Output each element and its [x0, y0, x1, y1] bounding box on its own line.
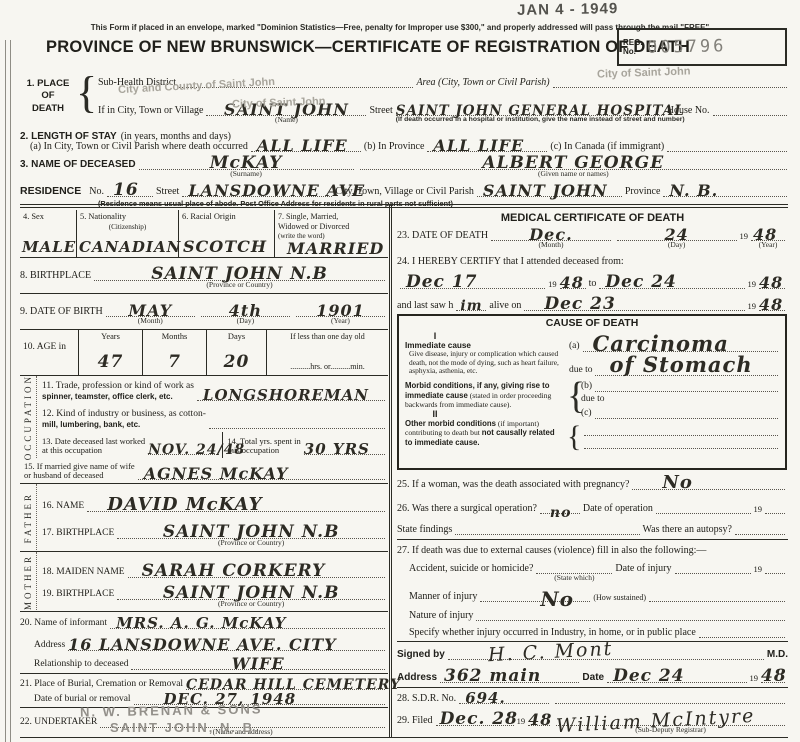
binding-edge	[5, 40, 11, 742]
death-year-19: 19	[740, 232, 749, 241]
informant-relationship-label: Relationship to deceased	[34, 660, 128, 670]
cod-a-value: Carcinoma	[593, 333, 729, 354]
place-of-death-label: 1. PLACEOFDEATH	[20, 78, 76, 115]
date-injury-label: Date of injury	[615, 564, 671, 575]
received-date-stamp: JAN 4 - 1949	[517, 0, 619, 19]
name-of-deceased-label: 3. NAME OF DECEASED	[20, 160, 136, 171]
reg-label-1: REG.	[623, 38, 643, 47]
nationality-cell: 5. Nationality (Citizenship) CANADIAN	[76, 210, 178, 257]
industry-field	[209, 426, 385, 429]
attended-from-value: Dec 17	[406, 274, 478, 291]
to-year-field: 48	[759, 286, 785, 289]
cause-of-death-box: CAUSE OF DEATH I Immediate cause Give di…	[397, 314, 787, 470]
stay-a-value: ALL LIFE	[257, 138, 348, 154]
nationality-sublabel: (Citizenship)	[80, 223, 175, 232]
findings-label: State findings	[397, 525, 452, 536]
age-hrs-min-label: ..........hrs. or..........min.	[267, 362, 388, 372]
row-13-14: 13. Date deceased last workedat this occ…	[20, 432, 388, 458]
row-9: 9. DATE OF BIRTH MAY (Month) 4th (Day) 1…	[20, 294, 388, 330]
from-year-value: 48	[560, 275, 584, 291]
manner-value: No	[540, 589, 574, 609]
cod-a-due-field: of Stomach	[595, 373, 778, 376]
undertaker-stamp-line1: N. W. BRENAN & SONS	[80, 702, 263, 719]
how-sustained-sublabel: (How sustained)	[593, 594, 646, 602]
trade-value: LONGSHOREMAN	[203, 388, 369, 403]
date-injury-field	[675, 571, 751, 574]
undertaker-label: 22. UNDERTAKER	[20, 718, 97, 728]
residence-street-field: LANSDOWNE AVE	[182, 194, 332, 197]
registration-number-box: REG. No. 005796	[617, 28, 787, 66]
to-year-value: 48	[759, 275, 783, 291]
father-birthplace-value: SAINT JOHN N.B	[163, 524, 340, 541]
birthplace-label: 8. BIRTHPLACE	[20, 271, 91, 282]
other-morbid-bold: Other morbid conditions	[405, 419, 496, 428]
city-field: SAINT JOHN (Name)	[206, 113, 366, 116]
age-years-label: Years	[82, 332, 139, 343]
undertaker-stamp-line2: SAINT JOHN, N. B.	[110, 721, 260, 735]
residence-province-field: N. B.	[663, 194, 787, 197]
given-name-value: ALBERT GEORGE	[482, 155, 664, 172]
mother-maiden-value: SARAH CORKERY	[142, 563, 326, 580]
mother-birthplace-label: 19. BIRTHPLACE	[42, 590, 114, 600]
date-of-birth-label: 9. DATE OF BIRTH	[20, 307, 103, 318]
from-year-field: 48	[560, 286, 586, 289]
birthplace-value: SAINT JOHN N.B	[151, 266, 328, 283]
informant-label: 20. Name of informant	[20, 619, 107, 629]
if-city-label: If in City, Town or Village	[98, 106, 203, 117]
last-saw-date-value: Dec 23	[544, 296, 616, 313]
cod-a-label: (a)	[569, 342, 580, 352]
row-29: 29. Filed Dec. 28 19 48 William McIntyre…	[397, 708, 788, 738]
stay-a-field: ALL LIFE	[251, 149, 361, 152]
section-length-of-stay: 2. LENGTH OF STAY (in years, months and …	[20, 126, 790, 154]
marital-status-cell: 7. Single, Married, Widowed or Divorced …	[274, 210, 388, 257]
physician-signature: H. C. Mont	[487, 640, 613, 666]
nationality-label: 5. Nationality	[80, 212, 175, 223]
birth-year-value: 1901	[316, 303, 365, 319]
residence-parish-value: SAINT JOHN	[483, 183, 608, 199]
death-year-value: 48	[753, 227, 777, 243]
age-months-value: 7	[168, 354, 181, 371]
cod-c-field	[595, 416, 778, 419]
form-title: PROVINCE OF NEW BRUNSWICK—CERTIFICATE OF…	[46, 38, 690, 57]
last-saw-label-2: alive on	[489, 301, 521, 312]
mother-maiden-label: 18. MAIDEN NAME	[42, 568, 125, 578]
pregnancy-field: No	[632, 487, 785, 490]
cod-a-due-value: of Stomach	[609, 354, 752, 375]
nature-field	[476, 618, 785, 621]
residence-street-value: LANSDOWNE AVE	[188, 183, 365, 199]
house-no-field	[713, 113, 787, 116]
row-15: 15. If married give name of wifeor husba…	[20, 458, 388, 484]
spouse-label-2: or husband of deceased	[24, 471, 135, 480]
operation-field: no	[540, 511, 580, 514]
row-26: 26. Was there a surgical operation? no D…	[397, 494, 788, 518]
cause-of-death-notes: I Immediate cause Give disease, injury o…	[399, 331, 567, 451]
death-year-field: 48 (Year)	[751, 238, 785, 241]
date-of-death-label: 23. DATE OF DEATH	[397, 231, 488, 242]
age-less-label: If less than one day old	[270, 332, 385, 342]
row-23: 23. DATE OF DEATH Dec. (Month) 24 (Day) …	[397, 226, 788, 252]
informant-relationship-value: WIFE	[232, 656, 285, 672]
marital-value: MARRIED	[287, 241, 384, 257]
signed-19: 19	[750, 674, 759, 683]
mother-maiden-field: SARAH CORKERY	[128, 575, 385, 578]
age-years-value: 47	[98, 354, 124, 371]
death-month-value: Dec.	[529, 227, 572, 243]
sdr-field: 694.	[459, 701, 549, 704]
row-signed: Signed by H. C. Mont M.D.	[397, 642, 788, 664]
attended-to-value: Dec 24	[605, 274, 677, 291]
cause-of-death-title: CAUSE OF DEATH	[399, 316, 785, 331]
row-17: 17. BIRTHPLACE SAINT JOHN N.B (Province …	[20, 516, 388, 552]
injury-year-field	[765, 571, 785, 574]
filed-date-field: Dec. 28	[436, 723, 514, 726]
signed-year-field: 48	[761, 680, 785, 683]
age-years-cell: Years 47	[78, 330, 142, 375]
stay-a-label: (a) In City, Town or Civil Parish where …	[30, 142, 248, 153]
spouse-value: AGNES McKAY	[144, 466, 289, 482]
physician-address-label: Address	[397, 673, 437, 684]
row-20-address: Address 16 LANSDOWNE AVE. CITY	[20, 632, 388, 654]
from-19: 19	[548, 280, 557, 289]
cod-b-group: { (b) due to (c)	[569, 379, 781, 421]
row-4-7: 4. Sex MALE 5. Nationality (Citizenship)…	[20, 210, 388, 258]
left-column: 4. Sex MALE 5. Nationality (Citizenship)…	[20, 210, 388, 738]
row-12: 12. Kind of industry or business, as cot…	[20, 404, 388, 432]
residence-province-value: N. B.	[669, 183, 718, 199]
father-birthplace-field: SAINT JOHN N.B (Province or Country)	[117, 536, 385, 539]
signed-date-field: Dec 24	[607, 680, 746, 683]
area-field	[553, 85, 787, 88]
cause-of-death-entries: (a) Carcinoma due to of Stomach { (b) du…	[567, 331, 785, 451]
row-27-nature: Nature of injury	[397, 608, 788, 624]
physician-address-field: 362 main	[440, 680, 579, 683]
informant-address-label: Address	[34, 641, 65, 651]
residence-no-value: 16	[113, 182, 139, 199]
accident-label: Accident, suicide or homicide?	[409, 564, 533, 575]
registration-number: 005796	[646, 36, 726, 57]
last-saw-date-field: Dec 23	[524, 308, 744, 311]
row-27-manner: Manner of injury No (How sustained)	[397, 584, 788, 608]
accident-field: (State which)	[536, 571, 612, 574]
stay-b-label: (b) In Province	[364, 142, 425, 153]
cod-b-brace: {	[567, 379, 585, 413]
last-worked-field: NOV. 24/48	[148, 452, 219, 455]
injury-19: 19	[754, 565, 763, 574]
last-worked-value: NOV. 24/48	[148, 443, 245, 457]
street-field: SAINT JOHN GENERAL HOSPITAL (If death oc…	[396, 113, 664, 116]
state-which-sublabel: (State which)	[536, 574, 612, 582]
residence-no-label: No.	[89, 187, 104, 198]
stay-b-field: ALL LIFE	[427, 149, 547, 152]
racial-origin-value: SCOTCH	[183, 239, 267, 255]
autopsy-field	[735, 532, 785, 535]
section-name-of-deceased: 3. NAME OF DECEASED McKAY (Surname) ALBE…	[20, 155, 790, 208]
death-day-field: 24 (Day)	[617, 238, 737, 241]
stay-c-field	[667, 149, 787, 152]
certify-label: 24. I HEREBY CERTIFY that I attended dec…	[397, 252, 788, 268]
pregnancy-label: 25. If a woman, was the death associated…	[397, 480, 629, 491]
row-19: 19. BIRTHPLACE SAINT JOHN N.B (Province …	[20, 582, 388, 612]
birth-year-field: 1901 (Year)	[296, 314, 385, 317]
age-label-cell: 10. AGE in	[20, 330, 78, 375]
registrar-signature-field: William McIntyre (Sub-Deputy Registrar)	[556, 723, 785, 726]
cod-ii-field-1	[584, 433, 778, 436]
findings-field	[455, 532, 639, 535]
filed-year-field: 48	[528, 723, 550, 726]
birthplace-field: SAINT JOHN N.B (Province or Country)	[94, 278, 385, 281]
father-name-value: DAVID McKAY	[107, 496, 262, 514]
signed-date-label: Date	[582, 673, 604, 684]
cod-b-field	[595, 389, 778, 392]
saw-19: 19	[748, 302, 757, 311]
operation-label: 26. Was there a surgical operation?	[397, 504, 537, 515]
row-24-last-saw: and last saw h im alive on Dec 23 19 48	[397, 292, 788, 314]
informant-address-field: 16 LANSDOWNE AVE. CITY	[68, 648, 385, 651]
attended-to-field: Dec 24	[599, 286, 744, 289]
filed-date-value: Dec. 28	[440, 711, 518, 728]
operation-19: 19	[754, 505, 763, 514]
father-birthplace-label: 17. BIRTHPLACE	[42, 529, 114, 539]
racial-origin-cell: 6. Racial Origin SCOTCH	[178, 210, 274, 257]
mother-birthplace-field: SAINT JOHN N.B (Province or Country)	[117, 597, 385, 600]
birth-day-value: 4th	[229, 303, 262, 319]
row-28: 28. S.D.R. No. 694.	[397, 688, 788, 708]
pregnancy-value: No	[662, 474, 692, 492]
column-divider	[389, 205, 392, 738]
last-saw-label-1: and last saw h	[397, 301, 453, 312]
residence-street-label: Street	[156, 187, 179, 198]
marital-label-1: 7. Single, Married,	[278, 212, 385, 222]
him-field: im	[456, 308, 486, 311]
external-causes-label: 27. If death was due to external causes …	[397, 540, 788, 558]
specify-field	[699, 635, 785, 638]
row-20-relationship: Relationship to deceased WIFE	[20, 654, 388, 674]
physician-address-value: 362 main	[444, 668, 541, 685]
residence-label: RESIDENCE	[20, 186, 81, 197]
manner-label: Manner of injury	[409, 592, 477, 603]
death-day-value: 24	[665, 227, 689, 243]
nature-label: Nature of injury	[409, 611, 473, 622]
industry-label-1: 12. Kind of industry or business, as cot…	[42, 410, 206, 420]
death-month-field: Dec. (Month)	[491, 238, 611, 241]
cod-roman-ii: II	[405, 409, 465, 419]
residence-province-label: Province	[625, 187, 661, 198]
age-label: 10. AGE in	[23, 332, 75, 352]
filed-year-value: 48	[528, 712, 552, 728]
cod-ii-brace: {	[567, 423, 581, 450]
stay-b-value: ALL LIFE	[433, 138, 524, 154]
md-label: M.D.	[767, 650, 788, 661]
manner-field-2	[649, 599, 785, 602]
trade-label-2: spinner, teamster, office clerk, etc.	[42, 392, 194, 401]
divider-top	[20, 204, 788, 208]
medical-certificate-title: MEDICAL CERTIFICATE OF DEATH	[397, 210, 788, 226]
saw-year-field: 48	[759, 308, 785, 311]
residence-parish-field: SAINT JOHN	[477, 194, 622, 197]
informant-address-value: 16 LANSDOWNE AVE. CITY	[68, 637, 336, 653]
him-value: im	[460, 299, 482, 313]
industry-label-2: mill, lumbering, bank, etc.	[42, 420, 206, 429]
row-22: 22. UNDERTAKER (Name and address) N. W. …	[20, 708, 388, 738]
signed-date-value: Dec 24	[613, 668, 685, 685]
informant-relationship-field: WIFE	[131, 667, 385, 670]
sdr-field-2	[555, 701, 785, 704]
divider-bottom	[20, 737, 788, 740]
manner-field: No	[480, 599, 590, 602]
operation-date-label: Date of operation	[583, 504, 653, 515]
row-18: 18. MAIDEN NAME SARAH CORKERY	[20, 552, 388, 582]
operation-value: no	[550, 506, 572, 520]
operation-date-field	[656, 511, 751, 514]
row-20: 20. Name of informant MRS. A. G. McKAY	[20, 612, 388, 632]
mother-birthplace-value: SAINT JOHN N.B	[163, 585, 340, 602]
total-years-field: 30 YRS	[304, 452, 385, 455]
cod-ii-group: {	[569, 425, 781, 451]
specify-label: Specify whether injury occurred in Indus…	[409, 628, 696, 639]
row-24-dates: Dec 17 19 48 to Dec 24 19 48	[397, 268, 788, 292]
row-25: 25. If a woman, was the death associated…	[397, 470, 788, 494]
signed-by-field: H. C. Mont	[448, 657, 764, 660]
sdr-value: 694.	[465, 691, 506, 706]
signed-by-label: Signed by	[397, 650, 445, 661]
racial-origin-label: 6. Racial Origin	[182, 212, 271, 223]
filed-label: 29. Filed	[397, 716, 433, 727]
father-name-field: DAVID McKAY	[87, 509, 385, 512]
burial-place-label: 21. Place of Burial, Cremation or Remova…	[20, 680, 183, 690]
to-word: to	[589, 279, 597, 290]
signed-year-value: 48	[761, 668, 787, 685]
age-months-label: Months	[146, 332, 203, 343]
birth-month-field: MAY (Month)	[106, 314, 195, 317]
immediate-cause-note: Give disease, injury or complication whi…	[405, 350, 563, 376]
autopsy-label: Was there an autopsy?	[643, 525, 732, 536]
death-certificate-document: JAN 4 - 1949 City and County of Saint Jo…	[0, 0, 800, 742]
stay-c-label: (c) In Canada (if immigrant)	[550, 142, 664, 153]
birth-day-field: 4th (Day)	[201, 314, 290, 317]
cod-ii-field-2	[584, 446, 778, 449]
age-days-value: 20	[224, 354, 250, 371]
residence-no-field: 16	[107, 194, 153, 197]
row-26-findings: State findings Was there an autopsy?	[397, 518, 788, 540]
saw-year-value: 48	[759, 297, 783, 313]
age-days-label: Days	[210, 332, 263, 343]
age-less-than-day-cell: If less than one day old ..........hrs. …	[266, 330, 388, 375]
operation-year-field	[765, 511, 785, 514]
informant-field: MRS. A. G. McKAY	[110, 626, 385, 629]
sex-cell: 4. Sex MALE	[20, 210, 76, 257]
reg-label-2: No.	[623, 47, 643, 56]
to-19: 19	[748, 280, 757, 289]
row-27-accident: Accident, suicide or homicide? (State wh…	[397, 558, 788, 584]
street-label: Street	[369, 106, 392, 117]
trade-field: LONGSHOREMAN	[197, 398, 385, 401]
right-column: MEDICAL CERTIFICATE OF DEATH 23. DATE OF…	[397, 210, 788, 738]
cod-roman-i: I	[405, 331, 465, 341]
area-label: Area (City, Town or Civil Parish)	[416, 78, 549, 89]
surname-value: McKAY	[210, 155, 283, 172]
nationality-value: CANADIAN	[79, 240, 181, 255]
row-physician-address: Address 362 main Date Dec 24 19 48	[397, 664, 788, 688]
sdr-label: 28. S.D.R. No.	[397, 694, 456, 705]
row-16: 16. NAME DAVID McKAY	[20, 484, 388, 516]
last-worked-label-2: at this occupation	[42, 446, 145, 455]
given-name-field: ALBERT GEORGE (Given name or names)	[360, 167, 787, 170]
sex-value: MALE	[22, 240, 76, 255]
father-name-label: 16. NAME	[42, 502, 84, 512]
birth-month-value: MAY	[128, 303, 172, 319]
total-years-value: 30 YRS	[304, 442, 370, 457]
age-days-cell: Days 20	[206, 330, 266, 375]
row-8: 8. BIRTHPLACE SAINT JOHN N.B (Province o…	[20, 258, 388, 294]
place-brace: {	[76, 73, 97, 113]
street-value: SAINT JOHN GENERAL HOSPITAL	[396, 105, 685, 119]
row-11: 11. Trade, profession or kind of work as…	[20, 376, 388, 404]
attended-from-field: Dec 17	[400, 286, 545, 289]
spouse-field: AGNES McKAY	[138, 477, 385, 480]
marital-label-2: Widowed or Divorced	[278, 222, 385, 232]
sex-label: 4. Sex	[23, 212, 73, 223]
age-months-cell: Months 7	[142, 330, 206, 375]
row-10: 10. AGE in Years 47 Months 7 Days 20 If …	[20, 330, 388, 376]
informant-value: MRS. A. G. McKAY	[116, 616, 286, 631]
surname-field: McKAY (Surname)	[139, 167, 354, 170]
trade-label-1: 11. Trade, profession or kind of work as	[42, 382, 194, 392]
